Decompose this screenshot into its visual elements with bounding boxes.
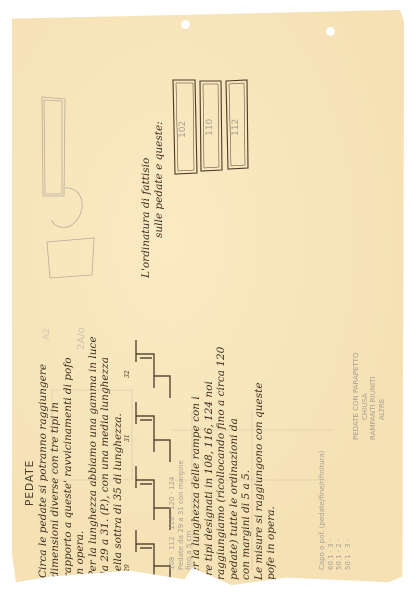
step-label: 32 xyxy=(124,370,131,378)
text-line: con margini di 5 a 5. xyxy=(240,347,253,580)
pencil-line: RAMPANTI RIUNITI xyxy=(369,353,378,440)
box-label: 102 xyxy=(178,121,188,138)
pencil-line: 50 1 · 3 · xyxy=(344,450,353,570)
caption-line-2: sulle pedate e queste: xyxy=(153,121,166,278)
text-line: nella sottra di 35 di lunghezza. xyxy=(112,336,125,578)
pencil-line: Capo o pof. (pedate/fine/rifinitura) xyxy=(318,450,327,570)
pencil-line: PEDATE CON PARAPETTO xyxy=(352,353,361,440)
text-line: Circa le pedate si potranno raggiungere xyxy=(37,336,50,578)
manuscript-page: L'ordinatura di fattisio sulle pedate e … xyxy=(12,10,404,588)
pencil-notes-top-right: PEDATE CON PARAPETTO CHIUSA RAMPANTI RIU… xyxy=(352,353,386,440)
text-line: raggiungiamo (ricollocando fino a circa … xyxy=(215,347,228,580)
pencil-rectangle-sketch xyxy=(42,97,94,278)
text-line: Per la lunghezza abbiamo una gamma in lu… xyxy=(87,336,100,578)
box-label: 110 xyxy=(205,119,215,136)
pencil-line: ALTRE xyxy=(378,353,387,440)
text-line: pedate) tutte le ordinazioni da xyxy=(228,347,241,580)
faint-mark: 2A/o xyxy=(76,327,87,350)
pencil-notes-middle: 108 · 112 · 116 · 120 · 124 Pedate da 29… xyxy=(168,460,194,570)
box-label: 112 xyxy=(231,119,241,136)
rotated-caption: L'ordinatura di fattisio sulle pedate e … xyxy=(140,121,165,278)
pencil-line: CHIUSA xyxy=(361,353,370,440)
caption-line-1: L'ordinatura di fattisio xyxy=(140,121,153,278)
pencil-notes-right: Capo o pof. (pedate/fine/rifinitura) 60 … xyxy=(318,450,352,570)
text-line: pofe in opera. xyxy=(265,347,278,580)
text-line: dimensioni diverse con tre tipi in xyxy=(49,336,62,578)
pencil-line: fino a 5 cm xyxy=(185,460,194,570)
pencil-line: 60 1 · 3 · xyxy=(327,450,336,570)
text-line: in opera. xyxy=(74,336,87,578)
step-label: 29 xyxy=(124,564,131,572)
rampe-text-block: Per la lunghezza delle rampe con i tre t… xyxy=(190,347,278,580)
pencil-line: Pedate da 29 a 31 con margine xyxy=(177,460,186,570)
faint-mark: A2 xyxy=(42,328,52,340)
text-line: tre tipi designati in 108, 116, 124 noi xyxy=(203,347,216,580)
block-title: PEDATE xyxy=(24,336,37,578)
text-line: rapporto a queste' ravvicinamenti di pof… xyxy=(62,336,75,578)
step-profile-drawings xyxy=(136,340,170,582)
text-line: Le misure si raggiungono con queste xyxy=(253,347,266,580)
text-line: da 29 a 31. (P.), con una media lunghezz… xyxy=(99,336,112,578)
step-label: 31 xyxy=(124,434,131,442)
pencil-line: 108 · 112 · 116 · 120 · 124 xyxy=(168,460,177,570)
pencil-line: 50 1 · 2 · xyxy=(335,450,344,570)
pedate-text-block: PEDATE Circa le pedate si potranno raggi… xyxy=(24,336,124,578)
